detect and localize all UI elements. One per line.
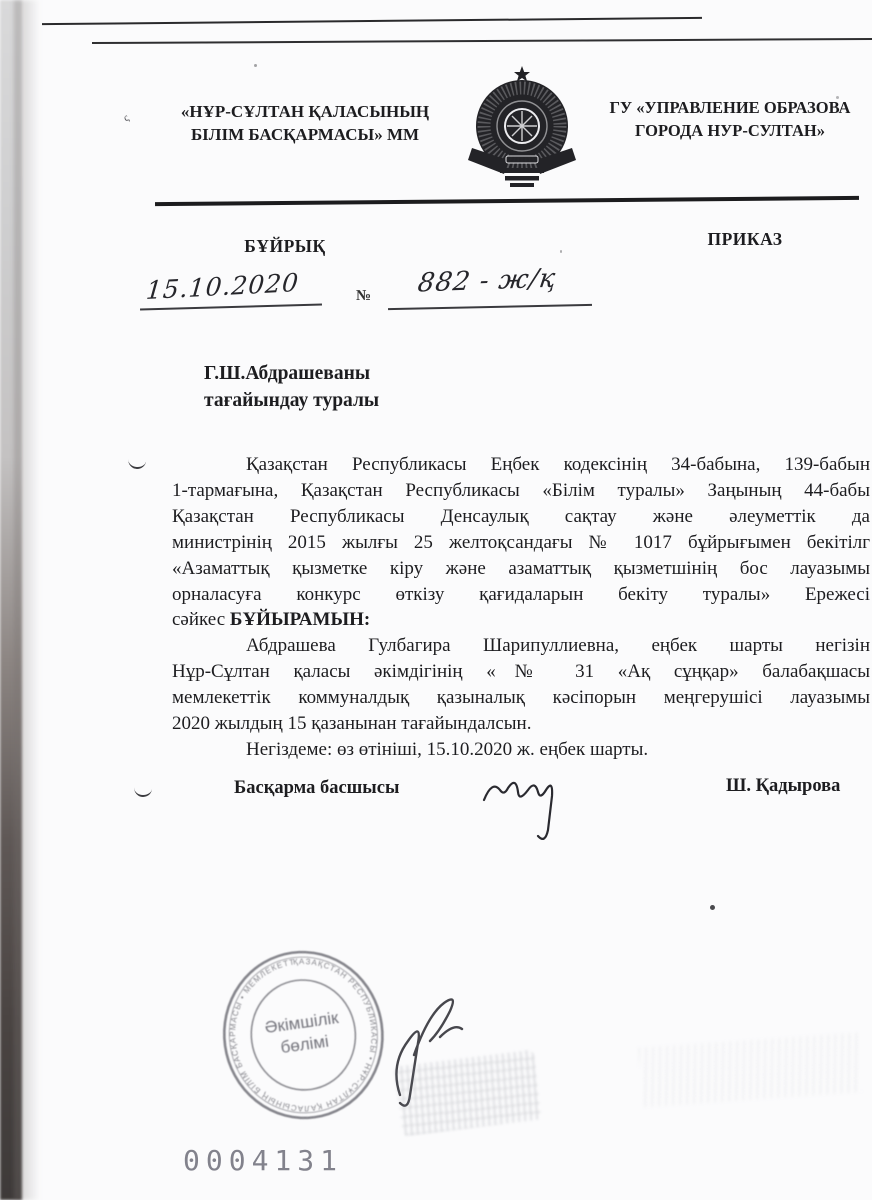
scan-artifact-line-top [42,17,702,25]
body-line: Қазақстан Республикасы Еңбек кодексінің … [172,452,870,478]
order-body: Қазақстан Республикасы Еңбек кодексінің … [172,452,870,763]
org-name-kazakh: «НҰР-СҰЛТАН ҚАЛАСЫНЫҢ БІЛІМ БАСҚАРМАСЫ» … [160,100,450,146]
stamp-center-line1: Әкімшілік [264,1008,341,1037]
signer-position-title: Басқарма басшысы [234,778,399,799]
letterhead-divider-rule [155,196,859,206]
body-line: министрінің 2015 жылғы 25 желтоқсандағы … [172,530,870,556]
scan-speck [560,250,562,253]
scan-speck [836,96,839,99]
signer-name: Ш. Қадырова [726,776,840,797]
number-underline [388,304,592,310]
org-name-kazakh-line2: БІЛІМ БАСҚАРМАСЫ» ММ [160,123,450,146]
body-line: мемлекеттік коммуналдық қазыналық кәсіпо… [172,685,870,711]
faint-stamp-impression-right [638,1032,862,1107]
resolution-word: БҰЙЫРАМЫН: [230,609,370,630]
order-subject-line1: Г.Ш.Абдрашеваны [204,360,379,387]
org-name-kazakh-line1: «НҰР-СҰЛТАН ҚАЛАСЫНЫҢ [160,100,450,123]
org-name-russian: ГУ «УПРАВЛЕНИЕ ОБРАЗОВА ГОРОДА НУР-СУЛТА… [588,96,872,142]
order-title-russian: ПРИКАЗ [630,229,860,250]
resolution-prefix: сәйкес [172,609,230,630]
pen-mark-check-left-margin [128,457,147,469]
body-line: Қазақстан Республикасы Денсаулық сақтау … [172,504,870,530]
scanned-document-page: ς «НҰР-СҰЛТАН ҚАЛАСЫНЫҢ БІЛІМ БАСҚАРМАСЫ… [0,0,872,1200]
stamp-center-line2: бөлімі [279,1032,330,1058]
org-name-russian-line2: ГОРОДА НУР-СУЛТАН» [588,119,872,142]
order-subject-line2: тағайындау туралы [204,387,379,414]
body-line: орналасуға конкурс өткізу қағидаларын бе… [172,582,870,608]
body-line: Нұр-Сұлтан қаласы әкімдігінің «№ 31 «Ақ … [172,659,870,685]
pen-mark-check-left-margin-2 [134,786,152,798]
body-line: «Азаматтық қызметке кіру және азаматтық … [172,556,870,582]
pen-mark-squiggle: ς [121,112,131,125]
handwritten-signature-icon [478,752,588,852]
handwritten-date: 15.10.2020 [145,268,300,305]
order-title-kazakh: БҰЙРЫҚ [165,236,405,257]
scan-speck [710,905,715,910]
body-line: Абдрашева Гулбагира Шарипуллиевна, еңбек… [172,633,870,659]
org-name-russian-line1: ГУ «УПРАВЛЕНИЕ ОБРАЗОВА [588,96,872,119]
body-resolution-line: сәйкес БҰЙЫРАМЫН: [172,607,870,633]
order-subject: Г.Ш.Абдрашеваны тағайындау туралы [204,360,379,414]
body-line: 1-тармағына, Қазақстан Республикасы «Біл… [172,478,870,504]
scan-artifact-line-second [92,38,872,44]
scanner-edge-shadow-fade [14,0,40,1200]
form-serial-number: 0004131 [183,1144,343,1177]
date-underline [140,303,322,310]
handwritten-order-number: 882 - ж/қ [416,264,558,299]
kazakhstan-coat-of-arms-icon [466,64,578,190]
scan-speck [254,64,257,67]
number-sign: № [356,288,371,305]
body-line: 2020 жылдың 15 қазанынан тағайындалсын. [172,711,870,737]
